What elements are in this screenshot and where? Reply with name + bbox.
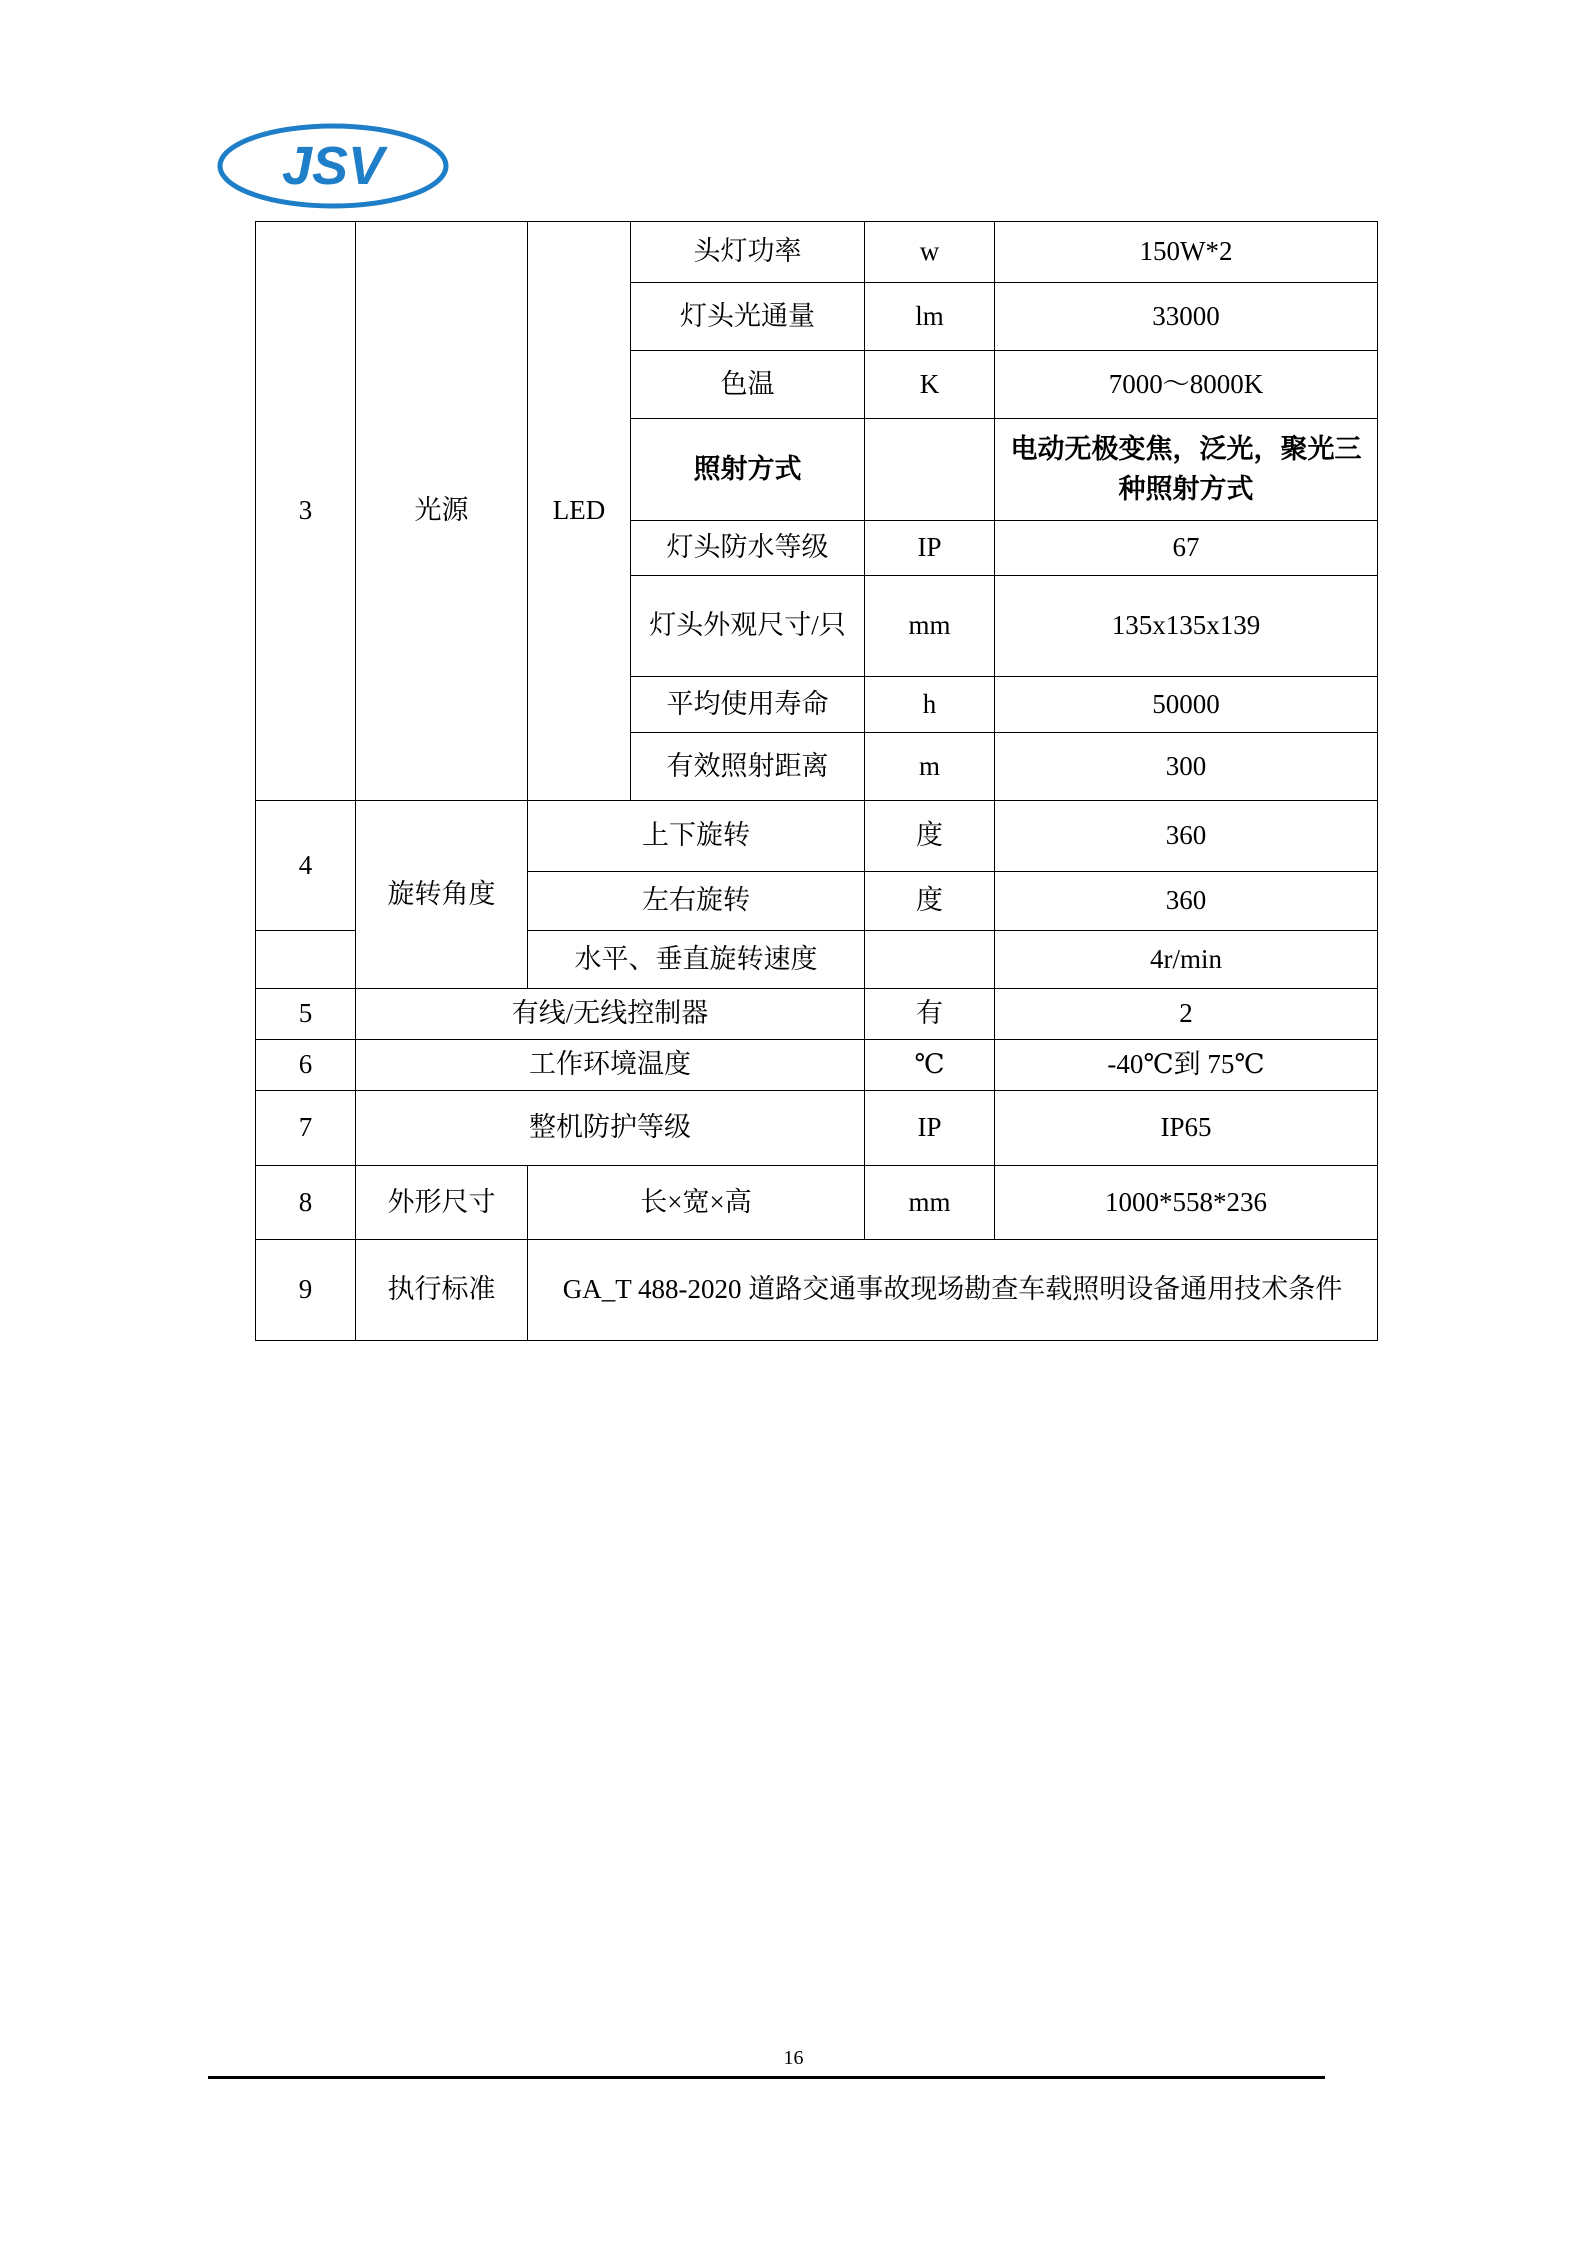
item-unit: m — [865, 733, 995, 801]
item-value: -40℃到 75℃ — [995, 1040, 1378, 1091]
item-unit: ℃ — [865, 1040, 995, 1091]
item-name: 有线/无线控制器 — [356, 989, 865, 1040]
spec-table: 3 光源 LED 头灯功率 w 150W*2 灯头光通量 lm 33000 色温… — [255, 221, 1378, 1341]
row-index: 7 — [256, 1091, 356, 1166]
item-value: 50000 — [995, 677, 1378, 733]
item-unit: 度 — [865, 801, 995, 872]
standard-text: GA_T 488-2020 道路交通事故现场勘查车载照明设备通用技术条件 — [528, 1240, 1378, 1341]
item-value: 150W*2 — [995, 222, 1378, 283]
row-category: 光源 — [356, 222, 528, 801]
table-row: 8 外形尺寸 长×宽×高 mm 1000*558*236 — [256, 1166, 1378, 1240]
item-value: 1000*558*236 — [995, 1166, 1378, 1240]
item-value: 2 — [995, 989, 1378, 1040]
item-value: 135x135x139 — [995, 576, 1378, 677]
item-value: 4r/min — [995, 931, 1378, 989]
item-unit — [865, 419, 995, 521]
item-value: 33000 — [995, 283, 1378, 351]
row-category: 外形尺寸 — [356, 1166, 528, 1240]
item-name: 左右旋转 — [528, 872, 865, 931]
table-row: 4 旋转角度 上下旋转 度 360 — [256, 801, 1378, 872]
row-category: 旋转角度 — [356, 801, 528, 989]
row-type: LED — [528, 222, 631, 801]
table-row: 5 有线/无线控制器 有 2 — [256, 989, 1378, 1040]
item-name: 有效照射距离 — [631, 733, 865, 801]
item-unit: IP — [865, 1091, 995, 1166]
item-name: 工作环境温度 — [356, 1040, 865, 1091]
footer-divider — [208, 2076, 1325, 2079]
row-index: 8 — [256, 1166, 356, 1240]
logo-text: JSV — [282, 136, 388, 196]
item-unit: mm — [865, 576, 995, 677]
item-value: 360 — [995, 801, 1378, 872]
item-unit: h — [865, 677, 995, 733]
table-row: 6 工作环境温度 ℃ -40℃到 75℃ — [256, 1040, 1378, 1091]
item-name: 色温 — [631, 351, 865, 419]
item-name: 上下旋转 — [528, 801, 865, 872]
row-index: 6 — [256, 1040, 356, 1091]
table-row: 7 整机防护等级 IP IP65 — [256, 1091, 1378, 1166]
item-name: 灯头光通量 — [631, 283, 865, 351]
item-name: 灯头外观尺寸/只 — [631, 576, 865, 677]
item-unit: 度 — [865, 872, 995, 931]
item-value: 电动无极变焦，泛光，聚光三种照射方式 — [995, 419, 1378, 521]
row-index: 4 — [256, 801, 356, 931]
item-name: 灯头防水等级 — [631, 521, 865, 576]
item-value: 300 — [995, 733, 1378, 801]
item-unit: mm — [865, 1166, 995, 1240]
item-value: 7000～8000K — [995, 351, 1378, 419]
item-value: 67 — [995, 521, 1378, 576]
item-name: 整机防护等级 — [356, 1091, 865, 1166]
item-value: IP65 — [995, 1091, 1378, 1166]
item-name: 平均使用寿命 — [631, 677, 865, 733]
item-name: 头灯功率 — [631, 222, 865, 283]
item-unit: K — [865, 351, 995, 419]
item-name: 长×宽×高 — [528, 1166, 865, 1240]
item-unit: 有 — [865, 989, 995, 1040]
row-category: 执行标准 — [356, 1240, 528, 1341]
item-unit: w — [865, 222, 995, 283]
jsv-logo: JSV — [216, 121, 450, 211]
item-unit: lm — [865, 283, 995, 351]
item-name: 水平、垂直旋转速度 — [528, 931, 865, 989]
row-index: 3 — [256, 222, 356, 801]
table-row: 3 光源 LED 头灯功率 w 150W*2 — [256, 222, 1378, 283]
item-value: 360 — [995, 872, 1378, 931]
row-index: 5 — [256, 989, 356, 1040]
page-number: 16 — [0, 2047, 1587, 2070]
item-unit: IP — [865, 521, 995, 576]
table-row: 9 执行标准 GA_T 488-2020 道路交通事故现场勘查车载照明设备通用技… — [256, 1240, 1378, 1341]
item-name: 照射方式 — [631, 419, 865, 521]
empty-index-cell — [256, 931, 356, 989]
row-index: 9 — [256, 1240, 356, 1341]
item-unit — [865, 931, 995, 989]
